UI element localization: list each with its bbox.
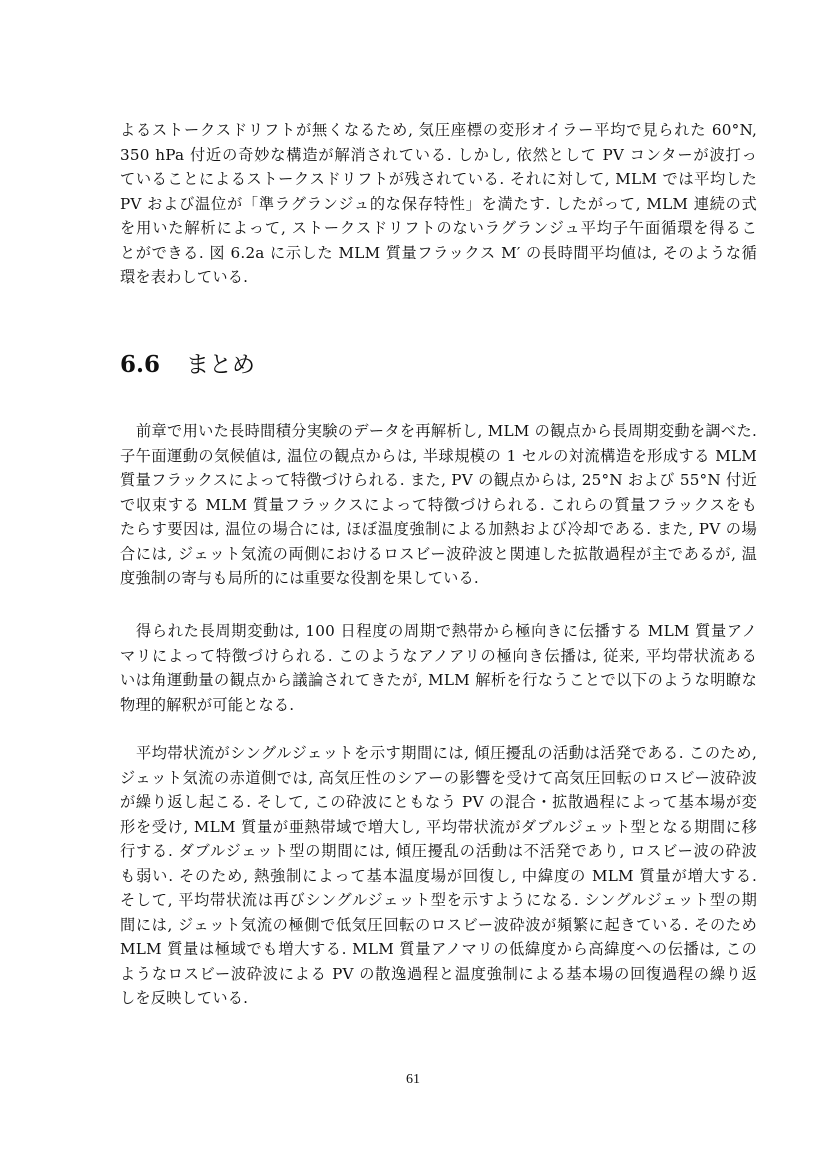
text-line: MLM 質量は極域でも増大する. MLM 質量アノマリの低緯度から高緯度への伝播… (120, 937, 757, 962)
document-page: よるストークスドリフトが無くなるため, 気圧座標の変形オイラー平均で見られた 6… (0, 0, 826, 1169)
text-line: ていることによるストークスドリフトが残されている. それに対して, MLM では… (120, 167, 757, 192)
section-title: まとめ (186, 352, 255, 378)
page-number: 61 (0, 1072, 826, 1088)
text-line: が繰り返し起こる. そして, この砕波にともなう PV の混合・拡散過程によって… (120, 790, 757, 815)
text-line: 子午面運動の気候値は, 温位の観点からは, 半球規模の 1 セルの対流構造を形成… (120, 444, 757, 469)
text-line: ようなロスビー波砕波による PV の散逸過程と温度強制による基本場の回復過程の繰… (120, 962, 757, 987)
text-line: とができる. 図 6.2a に示した MLM 質量フラックス M′ の長時間平均… (120, 241, 757, 266)
text-line: マリによって特徴づけられる. このようなアノアリの極向き伝播は, 従来, 平均帯… (120, 644, 757, 669)
text-line: ジェット気流の赤道側では, 高気圧性のシアーの影響を受けて高気圧回転のロスビー波… (120, 766, 757, 791)
text-line: たらす要因は, 温位の場合には, ほぼ温度強制による加熱および冷却である. また… (120, 517, 757, 542)
section-number: 6.6 (120, 351, 160, 378)
text-line: 質量フラックスによって特徴づけられる. また, PV の観点からは, 25°N … (120, 468, 757, 493)
text-line: PV および温位が「準ラグランジュ的な保存特性」を満たす. したがって, MLM… (120, 192, 757, 217)
text-line: 物理的解釈が可能となる. (120, 693, 757, 718)
text-line: 前章で用いた長時間積分実験のデータを再解析し, MLM の観点から長周期変動を調… (120, 419, 757, 444)
text-line: そして, 平均帯状流は再びシングルジェット型を示すようになる. シングルジェット… (120, 888, 757, 913)
paragraph-summary-3: 平均帯状流がシングルジェットを示す期間には, 傾圧擾乱の活動は活発である. この… (120, 741, 757, 1011)
text-line: 合には, ジェット気流の両側におけるロスビー波砕波と関連した拡散過程が主であるが… (120, 542, 757, 567)
paragraph-summary-1: 前章で用いた長時間積分実験のデータを再解析し, MLM の観点から長周期変動を調… (120, 419, 757, 591)
text-line: 度強制の寄与も局所的には重要な役割を果している. (120, 566, 757, 591)
text-line: で収束する MLM 質量フラックスによって特徴づけられる. これらの質量フラック… (120, 493, 757, 518)
text-line: 形を受け, MLM 質量が亜熱帯域で増大し, 平均帯状流がダブルジェット型となる… (120, 815, 757, 840)
section-heading: 6.6まとめ (120, 349, 255, 381)
paragraph-summary-2: 得られた長周期変動は, 100 日程度の周期で熱帯から極向きに伝播する MLM … (120, 619, 757, 717)
text-line: 行する. ダブルジェット型の期間には, 傾圧擾乱の活動は不活発であり, ロスビー… (120, 839, 757, 864)
text-line: しを反映している. (120, 986, 757, 1011)
text-line: 間には, ジェット気流の極側で低気圧回転のロスビー波砕波が頻繁に起きている. そ… (120, 913, 757, 938)
text-line: も弱い. そのため, 熱強制によって基本温度場が回復し, 中緯度の MLM 質量… (120, 864, 757, 889)
text-line: よるストークスドリフトが無くなるため, 気圧座標の変形オイラー平均で見られた 6… (120, 118, 757, 143)
text-line: を用いた解析によって, ストークスドリフトのないラグランジュ平均子午面循環を得る… (120, 216, 757, 241)
text-line: 350 hPa 付近の奇妙な構造が解消されている. しかし, 依然として PV … (120, 143, 757, 168)
text-line: 得られた長周期変動は, 100 日程度の周期で熱帯から極向きに伝播する MLM … (120, 619, 757, 644)
text-line: 平均帯状流がシングルジェットを示す期間には, 傾圧擾乱の活動は活発である. この… (120, 741, 757, 766)
text-line: いは角運動量の観点から議論されてきたが, MLM 解析を行なうことで以下のような… (120, 668, 757, 693)
text-line: 環を表わしている. (120, 265, 757, 290)
paragraph-continuation: よるストークスドリフトが無くなるため, 気圧座標の変形オイラー平均で見られた 6… (120, 118, 757, 290)
